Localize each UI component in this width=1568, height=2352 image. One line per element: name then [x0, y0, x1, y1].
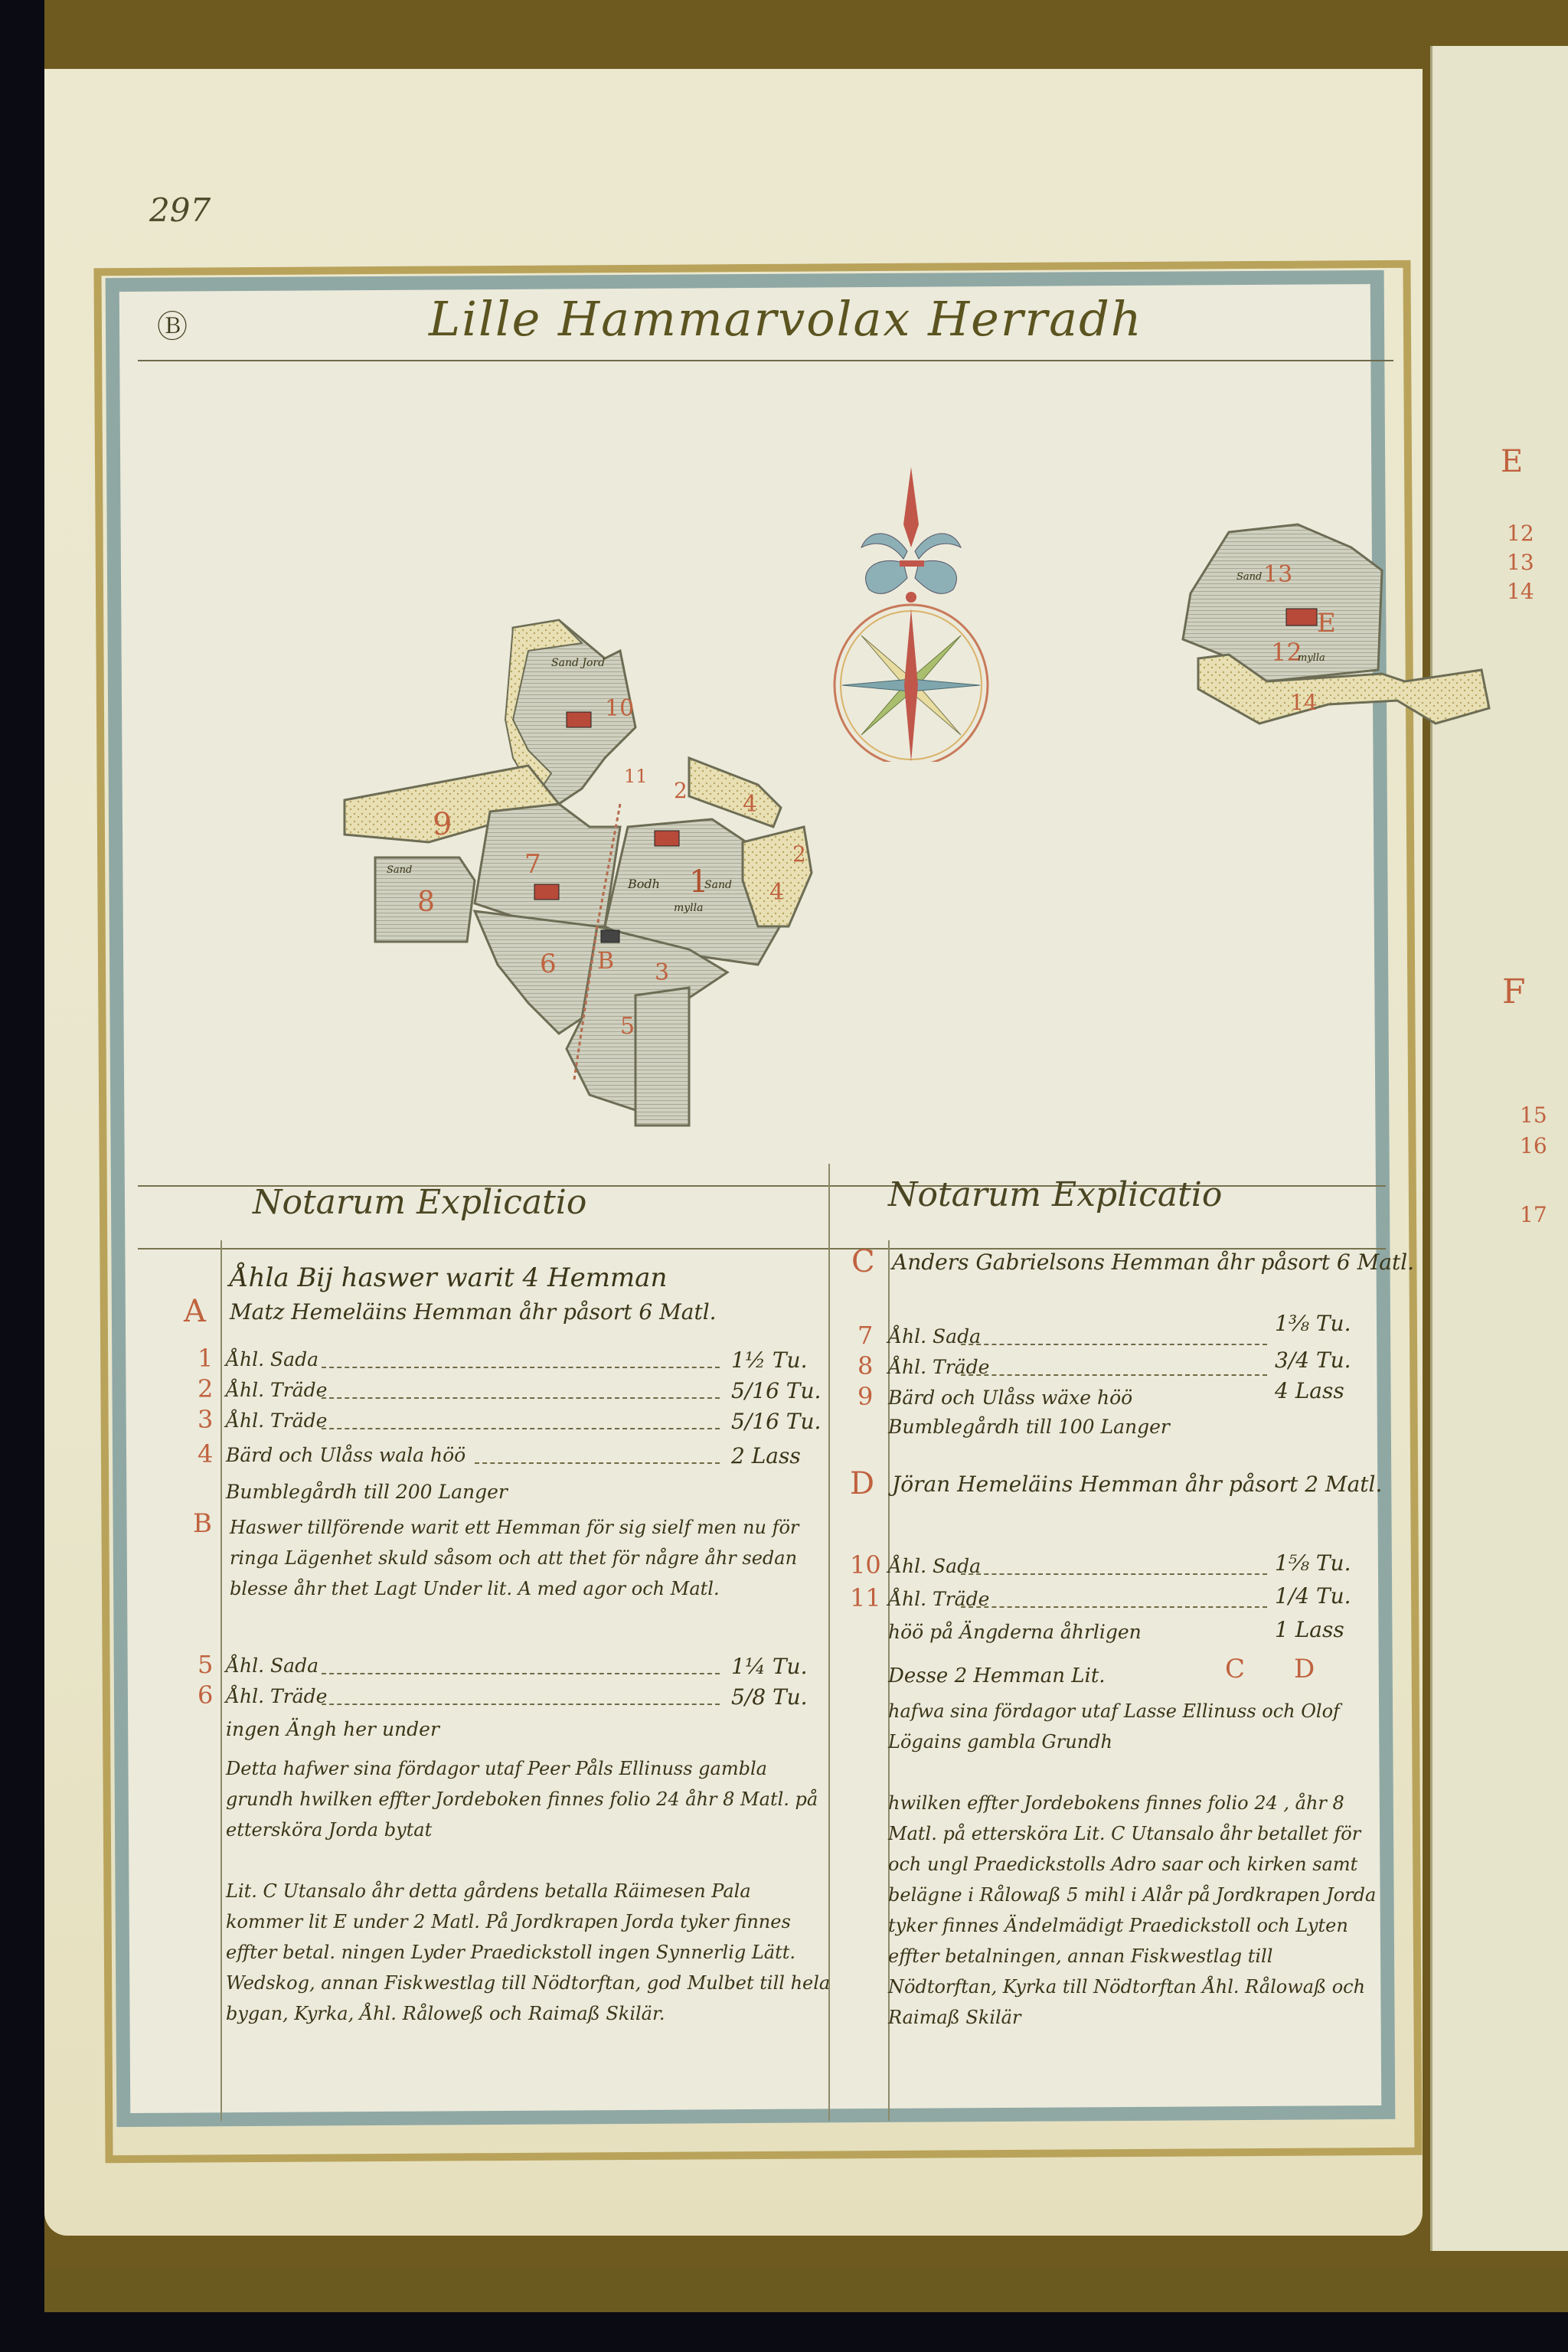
- binding-shadow: [44, 2266, 1568, 2312]
- row-hay-label: höö på Ängderna åhrligen: [888, 1622, 1142, 1643]
- page-title: Lille Hammarvolax Herradh: [429, 291, 1143, 347]
- corner-mark: Ⓑ: [157, 302, 188, 346]
- row-8-leader: [961, 1374, 1267, 1376]
- facing-key-17: 17: [1520, 1202, 1547, 1227]
- A-heading: Matz Hemeläins Hemman åhr påsort 6 Matl.: [230, 1302, 717, 1323]
- D-paragraph-2: hwilken effter Jordebokens finnes folio …: [888, 1788, 1378, 2033]
- row-6-label: Åhl. Träde: [226, 1686, 327, 1707]
- D-paragraph-1: hafwa sina fördagor utaf Lasse Ellinuss …: [888, 1696, 1378, 1757]
- row-10-number: 10: [850, 1550, 881, 1579]
- row-11-value: 1/4 Tu.: [1275, 1583, 1351, 1609]
- svg-text:3: 3: [655, 959, 669, 986]
- row-2-value: 5/16 Tu.: [731, 1378, 821, 1403]
- page-number: 297: [149, 191, 211, 229]
- row-7-leader: [961, 1344, 1267, 1345]
- D-heading: Jöran Hemeläins Hemman åhr påsort 2 Matl…: [892, 1474, 1382, 1495]
- svg-text:4: 4: [743, 791, 757, 818]
- left-legend-header: Notarum Explicatio: [253, 1183, 586, 1222]
- row-5-label: Åhl. Sada: [226, 1655, 318, 1677]
- svg-text:E: E: [1317, 608, 1336, 639]
- title-rule: [138, 360, 1393, 361]
- svg-text:Sand Jord: Sand Jord: [551, 657, 605, 669]
- row-3-number: 3: [198, 1405, 213, 1434]
- row-4-number: 4: [198, 1439, 213, 1468]
- svg-text:Bodh: Bodh: [627, 877, 660, 891]
- main-estate-map: 10 11 2 4 9 7 1 2 4 8 6 B 3 5 Sand Jord …: [329, 605, 819, 1174]
- row-5-leader: [322, 1673, 720, 1674]
- row-6-value: 5/8 Tu.: [731, 1684, 808, 1710]
- svg-text:mylla: mylla: [674, 902, 704, 914]
- row-4-leader: [475, 1462, 720, 1464]
- key-B: B: [193, 1508, 212, 1539]
- B-note: ingen Ängh her under: [226, 1719, 439, 1740]
- row-4-value: 2 Lass: [731, 1443, 801, 1468]
- row-6-number: 6: [198, 1681, 213, 1710]
- B-text: Haswer tillförende warit ett Hemman för …: [230, 1512, 835, 1604]
- facing-key-E: E: [1501, 444, 1523, 479]
- row-2-leader: [322, 1397, 720, 1399]
- svg-text:Sand: Sand: [387, 864, 412, 876]
- row-7-number: 7: [857, 1321, 873, 1350]
- row-hay-value: 1 Lass: [1275, 1617, 1344, 1642]
- svg-text:6: 6: [540, 949, 557, 979]
- svg-text:2: 2: [792, 841, 806, 867]
- row-10-value: 1⅝ Tu.: [1275, 1550, 1351, 1576]
- svg-text:9: 9: [433, 807, 452, 842]
- row-6-leader: [322, 1704, 720, 1705]
- facing-key-12: 12: [1507, 521, 1534, 546]
- svg-text:2: 2: [674, 778, 688, 803]
- row-1-leader: [322, 1367, 720, 1368]
- row-9-value: 4 Lass: [1275, 1378, 1344, 1403]
- D-para-start: Desse 2 Hemman Lit.: [888, 1665, 1106, 1687]
- svg-text:13: 13: [1263, 561, 1292, 588]
- secondary-estate-map: 13 E 12 14 Sand mylla: [1175, 509, 1504, 742]
- row-4-label: Bärd och Ulåss wala höö: [226, 1445, 465, 1466]
- svg-text:11: 11: [624, 766, 648, 787]
- svg-text:8: 8: [417, 887, 435, 918]
- key-A: A: [184, 1294, 206, 1329]
- svg-text:Sand: Sand: [1236, 571, 1262, 583]
- facing-page-edge: [1430, 46, 1568, 2251]
- A-note: Bumblegårdh till 200 Langer: [226, 1481, 508, 1503]
- key-D: D: [850, 1466, 874, 1501]
- svg-text:14: 14: [1290, 690, 1318, 715]
- row-5-value: 1¼ Tu.: [731, 1654, 807, 1679]
- row-3-leader: [322, 1428, 720, 1429]
- row-8-value: 3/4 Tu.: [1275, 1347, 1351, 1373]
- row-8-number: 8: [857, 1351, 873, 1380]
- left-margin-rule: [220, 1240, 222, 2121]
- svg-text:B: B: [597, 948, 614, 975]
- inline-key-C: C: [1225, 1654, 1245, 1684]
- facing-key-13: 13: [1507, 550, 1534, 575]
- compass-rose-icon: [823, 463, 999, 765]
- svg-text:4: 4: [769, 879, 784, 906]
- inline-key-D: D: [1294, 1654, 1315, 1684]
- row-1-label: Åhl. Sada: [226, 1349, 318, 1370]
- C-heading: Anders Gabrielsons Hemman åhr påsort 6 M…: [892, 1252, 1414, 1273]
- facing-key-16: 16: [1520, 1133, 1547, 1158]
- row-11-number: 11: [850, 1583, 881, 1612]
- svg-text:mylla: mylla: [1298, 652, 1325, 664]
- C-note: Bumblegårdh till 100 Langer: [888, 1416, 1170, 1438]
- B-paragraph-1: Detta hafwer sina fördagor utaf Peer Pål…: [226, 1753, 831, 1845]
- row-9-number: 9: [857, 1382, 873, 1411]
- facing-key-14: 14: [1507, 579, 1534, 604]
- row-2-number: 2: [198, 1374, 213, 1403]
- svg-text:10: 10: [605, 695, 634, 722]
- row-1-value: 1½ Tu.: [731, 1347, 807, 1373]
- key-C: C: [851, 1244, 875, 1279]
- intro-line: Åhla Bij haswer warit 4 Hemman: [230, 1267, 667, 1289]
- svg-text:5: 5: [620, 1013, 635, 1040]
- row-7-value: 1⅜ Tu.: [1275, 1311, 1351, 1336]
- row-9-label: Bärd och Ulåss wäxe höö: [888, 1387, 1132, 1409]
- row-5-number: 5: [198, 1650, 213, 1679]
- row-10-leader: [961, 1573, 1267, 1575]
- facing-key-F: F: [1502, 972, 1526, 1011]
- svg-text:Sand: Sand: [704, 879, 732, 891]
- right-legend-header: Notarum Explicatio: [888, 1175, 1222, 1214]
- facing-key-15: 15: [1520, 1102, 1547, 1128]
- row-2-label: Åhl. Träde: [226, 1380, 327, 1401]
- row-3-label: Åhl. Träde: [226, 1410, 327, 1432]
- row-3-value: 5/16 Tu.: [731, 1409, 821, 1434]
- row-11-leader: [961, 1606, 1267, 1608]
- B-paragraph-2: Lit. C Utansalo åhr detta gårdens betall…: [226, 1876, 831, 2029]
- row-1-number: 1: [198, 1344, 213, 1373]
- svg-text:7: 7: [524, 849, 541, 880]
